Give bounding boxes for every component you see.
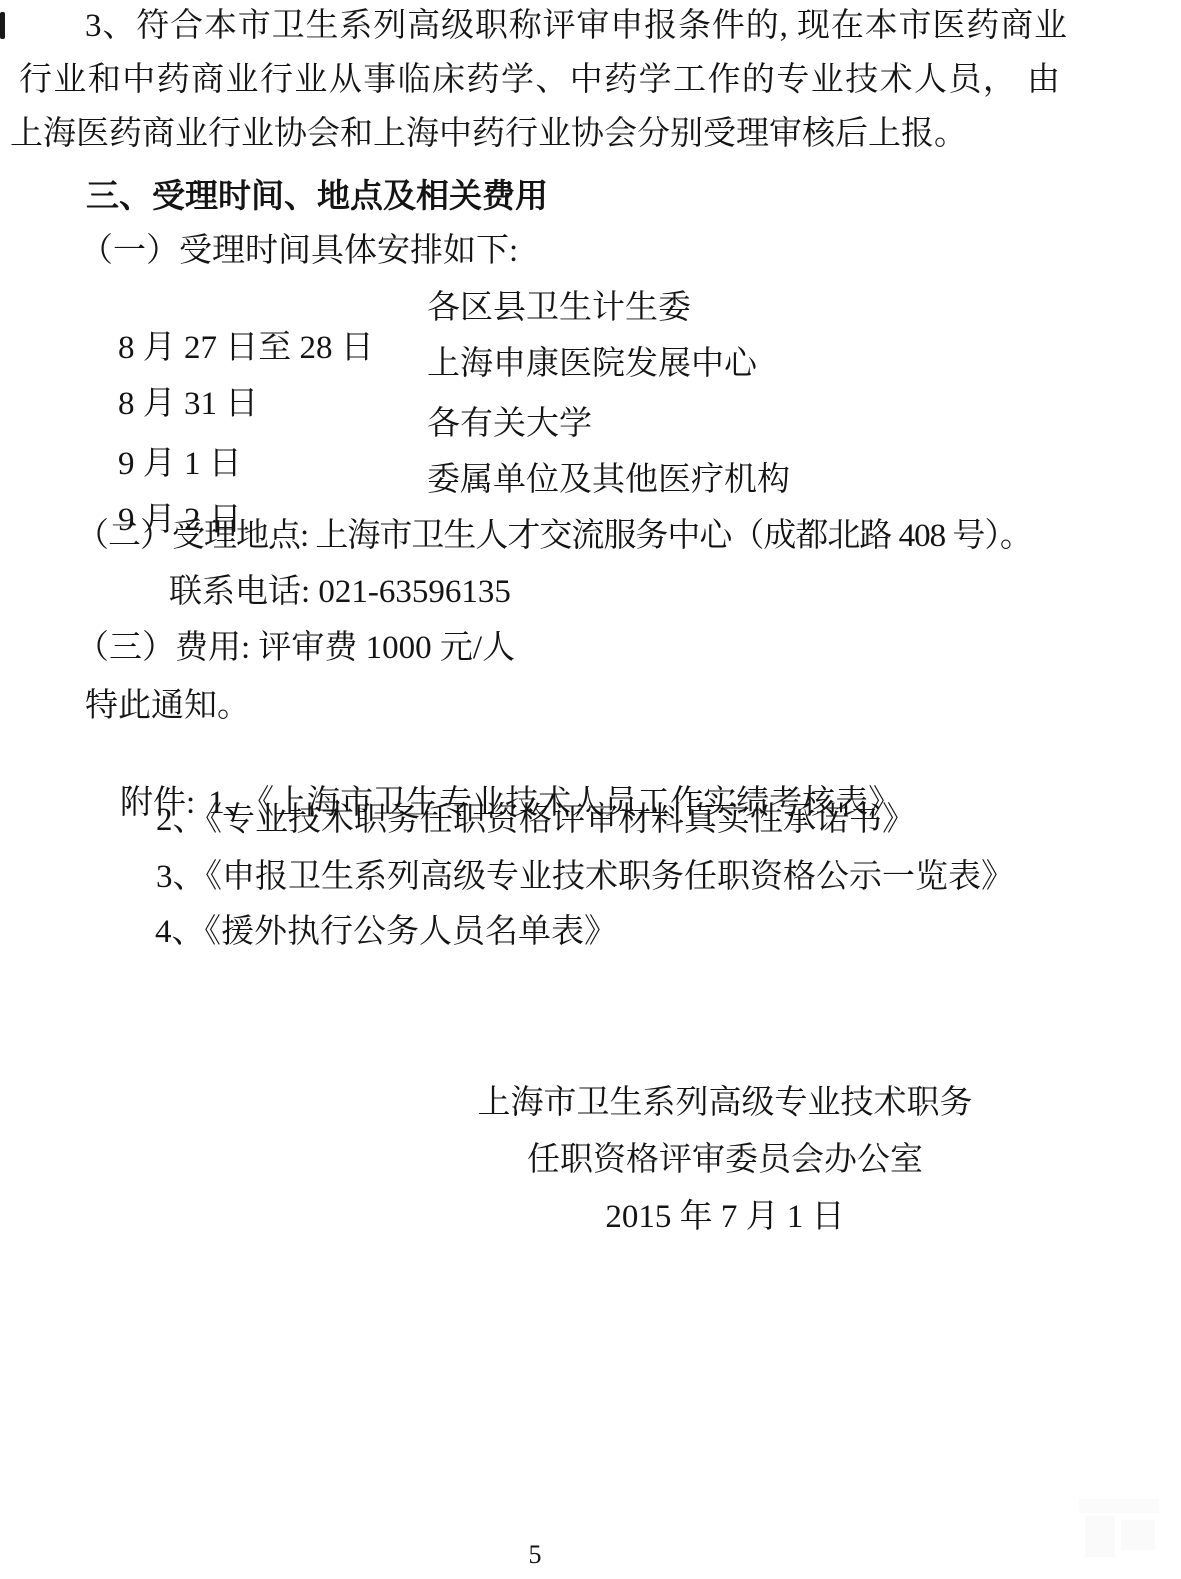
scan-artifact (0, 12, 5, 39)
attachment-item: 2、《专业技术职务任职资格评审材料真实性承诺书》 (156, 800, 915, 840)
paragraph-3-line-3: 上海医药商业行业协会和上海中药行业协会分别受理审核后上报。 (10, 114, 967, 154)
subsection-1-heading: （一）受理时间具体安排如下: (80, 231, 518, 271)
subsection-2-line: （二）受理地点: 上海市卫生人才交流服务中心（成都北路 408 号）。 (76, 516, 1032, 556)
attachment-item: 3、《申报卫生系列高级专业技术职务任职资格公示一览表》 (156, 857, 1014, 897)
attachment-item: 4、《援外执行公务人员名单表》 (155, 912, 617, 952)
section-heading: 三、受理时间、地点及相关费用 (86, 176, 548, 216)
page-number: 5 (505, 1540, 565, 1570)
schedule-venue: 上海申康医院发展中心 (427, 344, 757, 384)
paragraph-3-line-2: 行业和中药商业行业从事临床药学、中药学工作的专业技术人员， 由 (19, 60, 1060, 100)
watermark-shape (1079, 1499, 1159, 1513)
watermark-shape (1121, 1520, 1155, 1550)
signature-org-line-2: 任职资格评审委员会办公室 (270, 1140, 1180, 1180)
notice-line: 特此通知。 (85, 686, 250, 726)
document-page: 3、符合本市卫生系列高级职称评审申报条件的, 现在本市医药商业 行业和中药商业行… (0, 0, 1181, 1579)
signature-date: 2015 年 7 月 1 日 (270, 1197, 1180, 1237)
watermark-shape (1085, 1516, 1115, 1557)
corner-watermark (1077, 1499, 1161, 1561)
schedule-venue: 委属单位及其他医疗机构 (427, 460, 790, 500)
schedule-venue: 各有关大学 (427, 404, 592, 444)
schedule-venue: 各区县卫生计生委 (427, 288, 691, 328)
signature-org-line-1: 上海市卫生系列高级专业技术职务 (270, 1083, 1180, 1123)
paragraph-3-line-1: 3、符合本市卫生系列高级职称评审申报条件的, 现在本市医药商业 (85, 6, 1067, 46)
contact-phone-line: 联系电话: 021-63596135 (169, 572, 511, 612)
subsection-3-line: （三）费用: 评审费 1000 元/人 (76, 628, 515, 668)
